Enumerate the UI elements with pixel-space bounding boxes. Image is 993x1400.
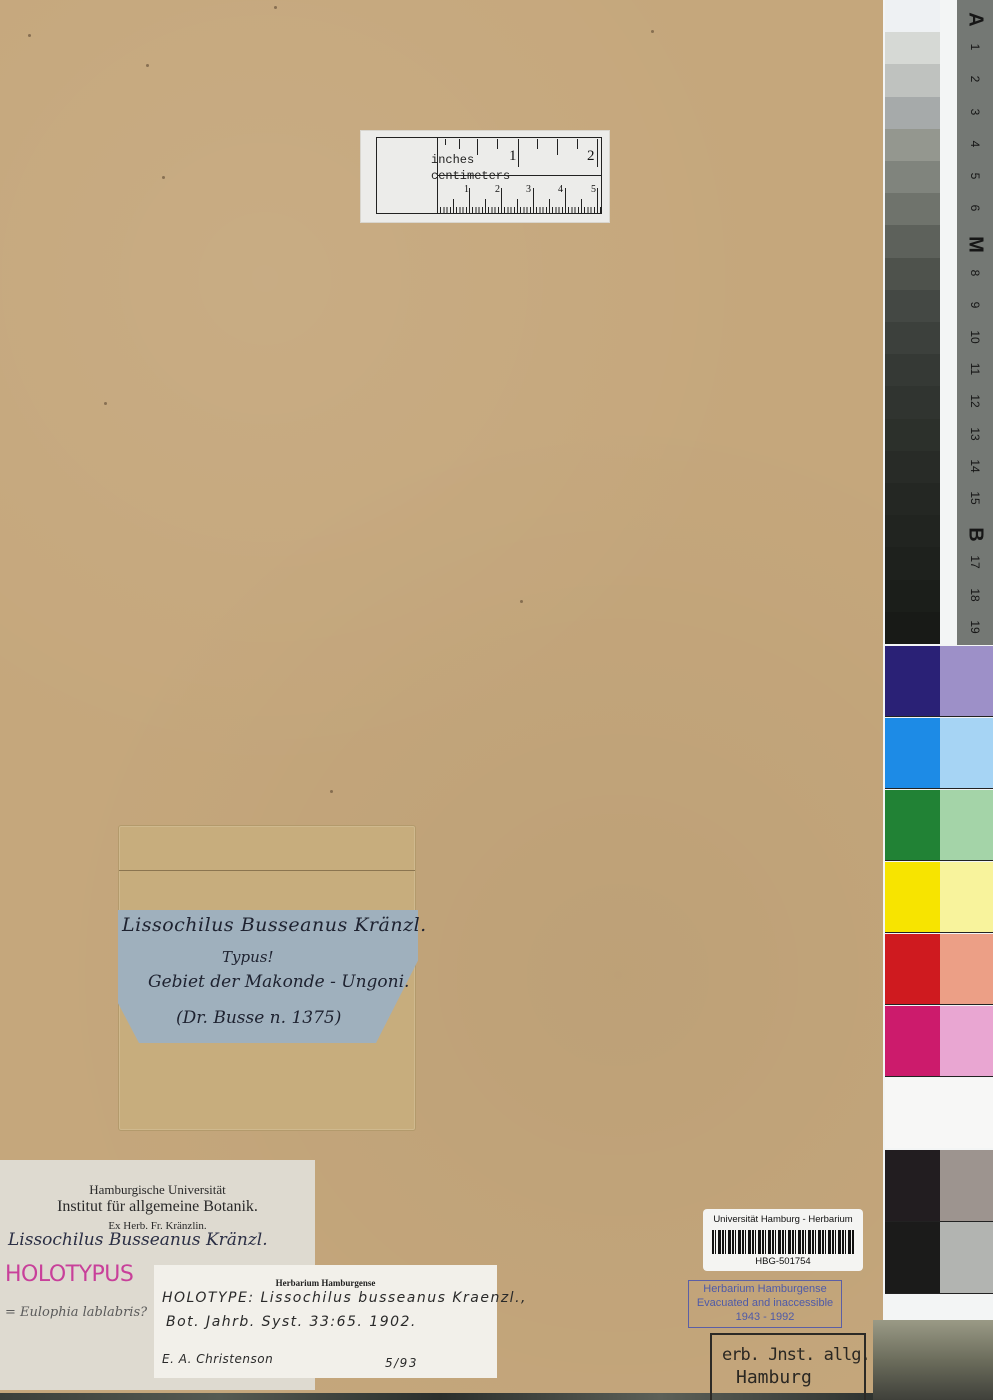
inch-mark: 1 bbox=[509, 148, 517, 165]
ruler-tick bbox=[537, 139, 538, 149]
ruler-tick bbox=[445, 139, 446, 145]
gray-patch bbox=[885, 547, 940, 580]
gray-scale-label: 14 bbox=[968, 448, 982, 484]
determiner-name: E. A. Christenson bbox=[162, 1352, 273, 1366]
color-patch bbox=[940, 646, 993, 717]
synonym-annotation: = Eulophia lablabris? bbox=[5, 1305, 147, 1320]
gray-scale-label: 4 bbox=[968, 126, 982, 162]
color-patch bbox=[940, 862, 993, 933]
institute-stamp-city: Hamburg bbox=[736, 1367, 812, 1388]
label-collector: (Dr. Busse n. 1375) bbox=[176, 1008, 341, 1028]
gray-patch bbox=[885, 129, 940, 162]
gray-scale-label: 6 bbox=[968, 190, 982, 226]
gray-scale-label: 18 bbox=[968, 577, 982, 613]
color-patch bbox=[940, 934, 993, 1005]
color-patch bbox=[885, 934, 940, 1005]
paper-speck bbox=[104, 402, 107, 405]
gray-scale-label: 3 bbox=[968, 94, 982, 130]
cm-mark: 5 bbox=[591, 184, 596, 195]
determination-date: 5/93 bbox=[385, 1356, 418, 1370]
dark-patch bbox=[885, 1222, 940, 1294]
envelope-flap bbox=[119, 870, 415, 871]
ruler-tick bbox=[577, 139, 578, 149]
ruler-tick bbox=[459, 139, 460, 149]
gray-patch bbox=[885, 515, 940, 548]
color-patch bbox=[885, 718, 940, 789]
gray-scale-label: 12 bbox=[968, 383, 982, 419]
paper-speck bbox=[330, 790, 333, 793]
paper-speck bbox=[651, 30, 654, 33]
gray-patch bbox=[885, 290, 940, 323]
gray-scale-label: 17 bbox=[968, 544, 982, 580]
gray-patch bbox=[885, 97, 940, 130]
paper-speck bbox=[520, 600, 523, 603]
color-patch bbox=[885, 646, 940, 717]
determination-title: Herbarium Hamburgense bbox=[154, 1278, 497, 1288]
institution-university: Hamburgische Universität bbox=[0, 1182, 315, 1198]
determination-citation: Bot. Jahrb. Syst. 33:65. 1902. bbox=[166, 1314, 417, 1330]
paper-speck bbox=[162, 176, 165, 179]
color-patch bbox=[885, 790, 940, 861]
cm-mark: 3 bbox=[526, 184, 531, 195]
barcode-id: HBG-501754 bbox=[703, 1256, 863, 1267]
gray-scale-label: 11 bbox=[968, 351, 982, 387]
cm-mark: 2 bbox=[495, 184, 500, 195]
color-patch bbox=[885, 1006, 940, 1077]
evacuation-stamp-line: Evacuated and inaccessible bbox=[688, 1297, 842, 1309]
ruler-mm-ticks bbox=[437, 207, 601, 214]
gray-scale-label: 1 bbox=[968, 29, 982, 65]
determination-holotype: HOLOTYPE: Lissochilus busseanus Kraenzl.… bbox=[162, 1290, 527, 1306]
scanner-background bbox=[873, 1320, 993, 1400]
gray-patch bbox=[885, 193, 940, 226]
gray-patch bbox=[885, 0, 940, 33]
gray-patch bbox=[885, 386, 940, 419]
gray-scale-label: 8 bbox=[968, 255, 982, 291]
gray-patch bbox=[885, 161, 940, 194]
gray-patch bbox=[885, 483, 940, 516]
holotypus-stamp: HOLOTYPUS bbox=[5, 1262, 133, 1287]
dark-patch bbox=[940, 1222, 993, 1294]
gray-scale-label: 10 bbox=[968, 319, 982, 355]
gray-patch bbox=[885, 354, 940, 387]
cm-mark: 4 bbox=[558, 184, 563, 195]
paper-speck bbox=[146, 64, 149, 67]
gray-patch bbox=[885, 612, 940, 645]
inch-mark: 2 bbox=[587, 148, 595, 165]
institution-name: Institut für allgemeine Botanik. bbox=[0, 1198, 315, 1216]
evacuation-stamp-years: 1943 - 1992 bbox=[688, 1311, 842, 1323]
gray-scale-label: 9 bbox=[968, 287, 982, 323]
color-patch bbox=[940, 790, 993, 861]
ruler-tick bbox=[518, 139, 519, 167]
label-locality: Gebiet der Makonde - Ungoni. bbox=[148, 972, 409, 992]
gray-scale-label: 13 bbox=[968, 416, 982, 452]
paper-speck bbox=[274, 6, 277, 9]
gray-patch bbox=[885, 64, 940, 97]
color-patch bbox=[885, 862, 940, 933]
color-patch bbox=[940, 1006, 993, 1077]
barcode-icon bbox=[712, 1230, 854, 1254]
ruler-tick bbox=[497, 139, 498, 149]
dark-patch bbox=[885, 1150, 940, 1222]
institution-handwritten-name: Lissochilus Busseanus Kränzl. bbox=[8, 1230, 268, 1250]
gray-scale-label: 2 bbox=[968, 61, 982, 97]
gray-patch bbox=[885, 419, 940, 452]
gray-scale-label: 19 bbox=[968, 609, 982, 645]
barcode-title: Universität Hamburg - Herbarium bbox=[703, 1214, 863, 1225]
ruler-tick bbox=[557, 139, 558, 155]
gray-patch bbox=[885, 580, 940, 613]
gray-patch bbox=[885, 322, 940, 355]
ruler-tick bbox=[477, 139, 478, 155]
paper-speck bbox=[28, 34, 31, 37]
inches-label: inches bbox=[431, 153, 474, 167]
dark-patch bbox=[940, 1150, 993, 1222]
white-patch bbox=[885, 1078, 993, 1148]
label-taxon-name: Lissochilus Busseanus Kränzl. bbox=[122, 914, 427, 936]
gray-scale-label: 15 bbox=[968, 480, 982, 516]
gray-scale-label: 5 bbox=[968, 158, 982, 194]
gray-patch bbox=[885, 32, 940, 65]
scale-ruler: inches centimeters 1 2 1 2 3 4 5 bbox=[360, 130, 610, 223]
label-typus: Typus! bbox=[222, 948, 273, 966]
ruler-tick bbox=[597, 139, 598, 167]
gray-patch bbox=[885, 258, 940, 291]
gray-patch bbox=[885, 451, 940, 484]
color-patch bbox=[940, 718, 993, 789]
centimeters-label: centimeters bbox=[431, 169, 510, 183]
evacuation-stamp-line: Herbarium Hamburgense bbox=[688, 1283, 842, 1295]
gray-patch bbox=[885, 225, 940, 258]
